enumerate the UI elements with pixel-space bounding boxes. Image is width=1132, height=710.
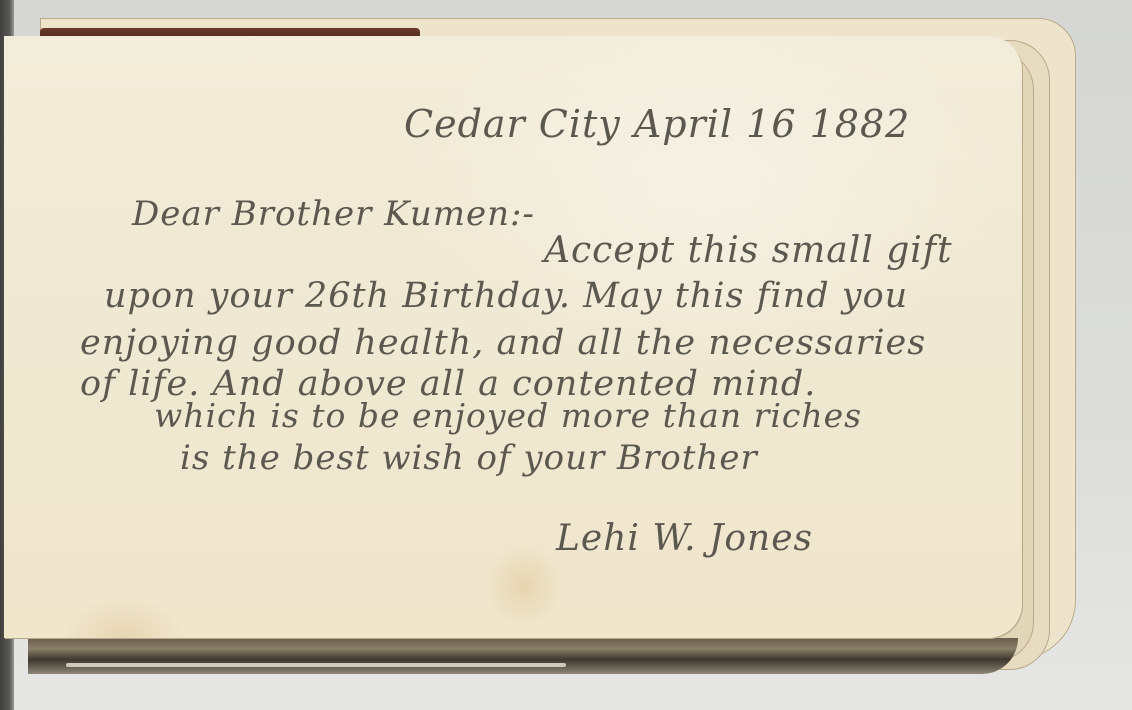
page-edge-highlight xyxy=(66,663,566,667)
salutation: Dear Brother Kumen:- xyxy=(132,194,535,234)
body-line-5: which is to be enjoyed more than riches xyxy=(154,396,862,435)
signature: Lehi W. Jones xyxy=(556,518,813,559)
album-page: Cedar City April 16 1882 Dear Brother Ku… xyxy=(4,36,1022,638)
body-line-2: upon your 26th Birthday. May this find y… xyxy=(104,276,908,316)
body-line-6: is the best wish of your Brother xyxy=(180,438,758,478)
date-line: Cedar City April 16 1882 xyxy=(404,102,910,146)
body-line-3: enjoying good health, and all the necess… xyxy=(80,323,926,363)
body-line-1: Accept this small gift xyxy=(544,230,953,271)
album-bottom-edge xyxy=(28,638,1018,674)
